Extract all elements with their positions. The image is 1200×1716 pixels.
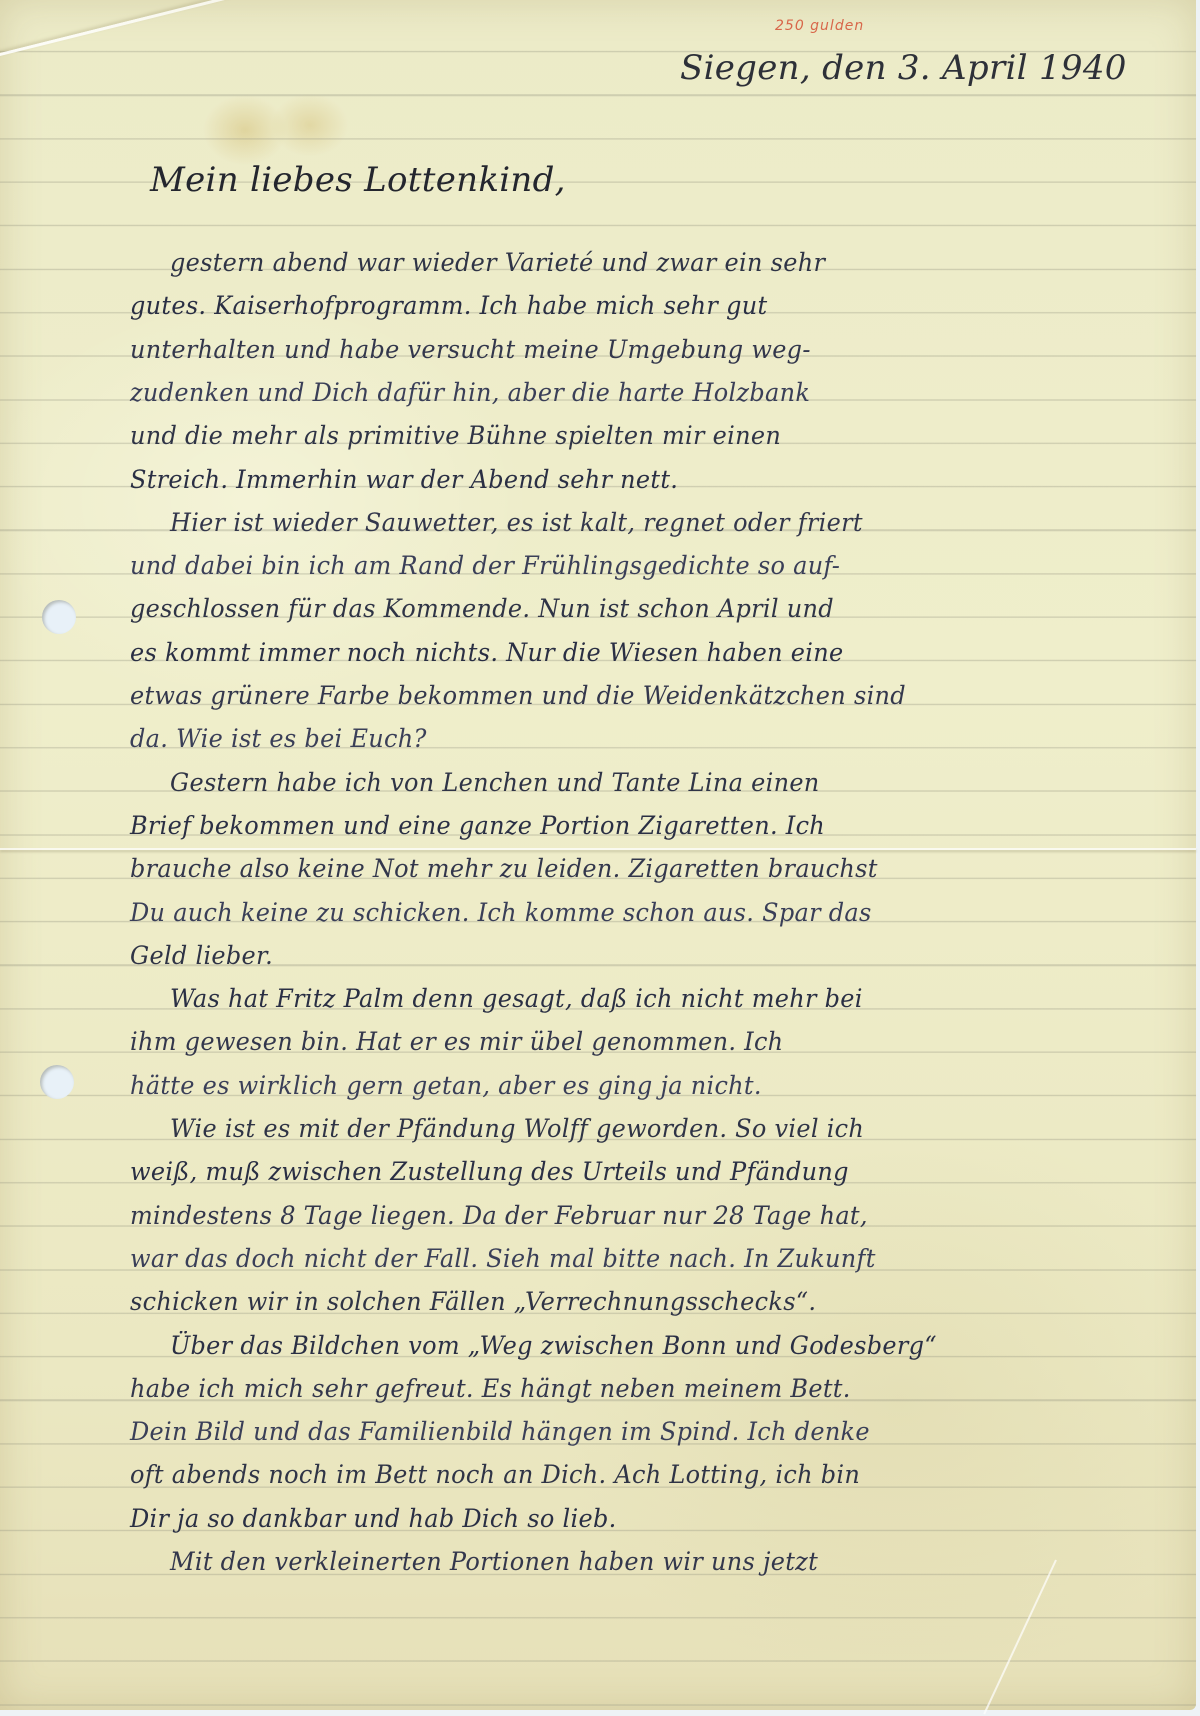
letter-line: Mit den verkleinerten Portionen haben wi… xyxy=(170,1547,818,1577)
letter-line: Gestern habe ich von Lenchen und Tante L… xyxy=(170,768,820,798)
letter-line: gutes. Kaiserhofprogramm. Ich habe mich … xyxy=(130,291,767,321)
letter-line: Wie ist es mit der Pfändung Wolff geword… xyxy=(170,1114,864,1144)
letter-line: Dein Bild und das Familienbild hängen im… xyxy=(130,1417,870,1447)
letter-line: Über das Bildchen vom „Weg zwischen Bonn… xyxy=(170,1331,937,1361)
red-pencil-annotation: 250 gulden xyxy=(775,18,864,34)
letter-line: Dir ja so dankbar und hab Dich so lieb. xyxy=(130,1504,617,1534)
letter-line: zudenken und Dich dafür hin, aber die ha… xyxy=(130,378,810,408)
letter-line: da. Wie ist es bei Euch? xyxy=(130,724,427,754)
letter-line: Hier ist wieder Sauwetter, es ist kalt, … xyxy=(170,508,863,538)
fold-crease-top xyxy=(0,0,398,61)
fold-crease-middle xyxy=(0,848,1196,850)
punch-hole-upper xyxy=(42,600,76,634)
letter-line: es kommt immer noch nichts. Nur die Wies… xyxy=(130,638,843,668)
letter-line: hätte es wirklich gern getan, aber es gi… xyxy=(130,1071,762,1101)
dateline: Siegen, den 3. April 1940 xyxy=(680,48,1127,88)
letter-line: etwas grünere Farbe bekommen und die Wei… xyxy=(130,681,906,711)
letter-line: mindestens 8 Tage liegen. Da der Februar… xyxy=(130,1201,868,1231)
letter-line: geschlossen für das Kommende. Nun ist sc… xyxy=(130,594,834,624)
letter-line: Brief bekommen und eine ganze Portion Zi… xyxy=(130,811,825,841)
letter-line: Streich. Immerhin war der Abend sehr net… xyxy=(130,465,678,495)
letter-line: oft abends noch im Bett noch an Dich. Ac… xyxy=(130,1460,860,1490)
letter-line: schicken wir in solchen Fällen „Verrechn… xyxy=(130,1287,816,1317)
letter-line: Geld lieber. xyxy=(130,941,273,971)
letter-line: war das doch nicht der Fall. Sieh mal bi… xyxy=(130,1244,876,1274)
letter-line: brauche also keine Not mehr zu leiden. Z… xyxy=(130,854,878,884)
letter-page: 250 gulden Siegen, den 3. April 1940 Mei… xyxy=(0,0,1196,1710)
letter-line: und dabei bin ich am Rand der Frühlingsg… xyxy=(130,551,840,581)
letter-line: gestern abend war wieder Varieté und zwa… xyxy=(170,248,825,278)
letter-line: Du auch keine zu schicken. Ich komme sch… xyxy=(130,898,872,928)
letter-line: und die mehr als primitive Bühne spielte… xyxy=(130,421,781,451)
punch-hole-lower xyxy=(40,1065,74,1099)
letter-line: unterhalten und habe versucht meine Umge… xyxy=(130,335,811,365)
letter-line: Was hat Fritz Palm denn gesagt, daß ich … xyxy=(170,984,863,1014)
salutation: Mein liebes Lottenkind, xyxy=(150,160,566,200)
letter-line: habe ich mich sehr gefreut. Es hängt neb… xyxy=(130,1374,851,1404)
letter-line: weiß, muß zwischen Zustellung des Urteil… xyxy=(130,1157,849,1187)
letter-line: ihm gewesen bin. Hat er es mir übel geno… xyxy=(130,1027,783,1057)
fold-crease-corner xyxy=(983,1560,1057,1715)
